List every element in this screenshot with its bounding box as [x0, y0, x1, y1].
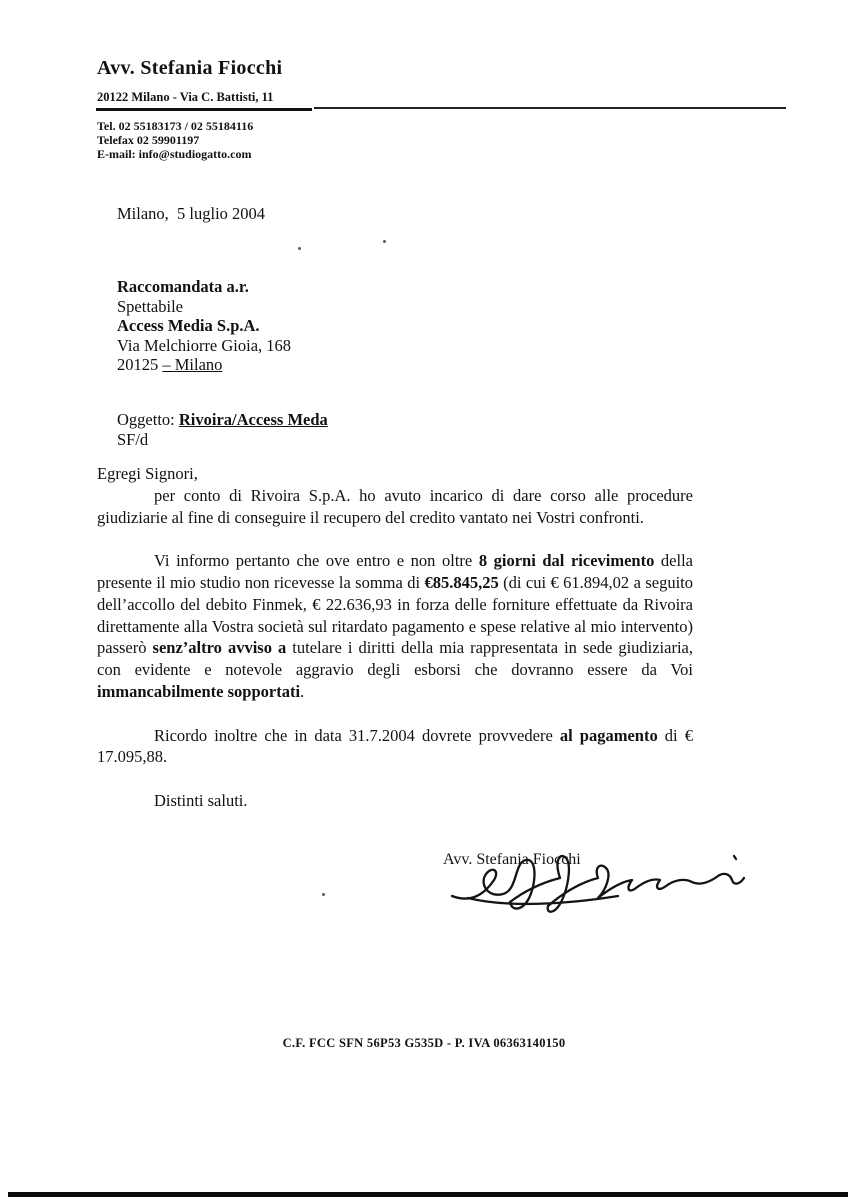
p2-seg-bold: senz’altro avviso a	[153, 638, 287, 657]
subject-label: Oggetto:	[117, 410, 179, 429]
date-line: Milano, 5 luglio 2004	[117, 204, 265, 224]
recipient-company: Access Media S.p.A.	[117, 316, 291, 336]
p3-seg-bold: al pagamento	[560, 726, 658, 745]
letterhead-rule-left	[96, 108, 312, 111]
letterhead-fax: Telefax 02 59901197	[97, 133, 253, 147]
p2-seg-bold: immancabilmente sopportati	[97, 682, 300, 701]
signature-scribble	[448, 838, 748, 923]
page-bottom-border	[8, 1192, 848, 1197]
p2-seg: .	[300, 682, 304, 701]
closing-salutation: Distinti saluti.	[97, 790, 693, 812]
recipient-postal-code: 20125	[117, 355, 162, 374]
p3-seg: Ricordo inoltre che in data 31.7.2004 do…	[154, 726, 560, 745]
scan-speck	[298, 247, 301, 250]
letter-page: Avv. Stefania Fiocchi 20122 Milano - Via…	[0, 0, 848, 1200]
letterhead-contacts: Tel. 02 55183173 / 02 55184116 Telefax 0…	[97, 119, 253, 161]
p2-amount-total: €85.845,25	[425, 573, 499, 592]
paragraph-2: Vi informo pertanto che ove entro e non …	[97, 550, 693, 703]
scan-speck	[383, 240, 386, 243]
recipient-salutation: Spettabile	[117, 297, 291, 317]
scan-speck	[322, 893, 325, 896]
letterhead-name: Avv. Stefania Fiocchi	[97, 57, 282, 80]
subject-line: Oggetto: Rivoira/Access Meda	[117, 410, 328, 430]
fiscal-code-line: C.F. FCC SFN 56P53 G535D - P. IVA 063631…	[0, 1036, 848, 1051]
letterhead-email: E-mail: info@studiogatto.com	[97, 147, 253, 161]
recipient-block: Raccomandata a.r. Spettabile Access Medi…	[117, 277, 291, 375]
greeting: Egregi Signori,	[97, 463, 693, 485]
letterhead-rule-right	[314, 107, 786, 109]
paragraph-3: Ricordo inoltre che in data 31.7.2004 do…	[97, 725, 693, 769]
recipient-street: Via Melchiorre Gioia, 168	[117, 336, 291, 356]
p2-seg: Vi informo pertanto che ove entro e non …	[154, 551, 479, 570]
recipient-city-line: 20125 – Milano	[117, 355, 291, 375]
p2-seg-bold: 8 giorni dal ricevimento	[479, 551, 655, 570]
subject-reference: SF/d	[117, 430, 328, 450]
recipient-city: – Milano	[162, 355, 222, 374]
recipient-registered-mail: Raccomandata a.r.	[117, 277, 291, 297]
paragraph-1: per conto di Rivoira S.p.A. ho avuto inc…	[97, 485, 693, 529]
subject-value: Rivoira/Access Meda	[179, 410, 328, 429]
letter-body: Egregi Signori, per conto di Rivoira S.p…	[97, 463, 693, 834]
letterhead-address: 20122 Milano - Via C. Battisti, 11	[97, 90, 273, 105]
letterhead-tel: Tel. 02 55183173 / 02 55184116	[97, 119, 253, 133]
subject-block: Oggetto: Rivoira/Access Meda SF/d	[117, 410, 328, 449]
